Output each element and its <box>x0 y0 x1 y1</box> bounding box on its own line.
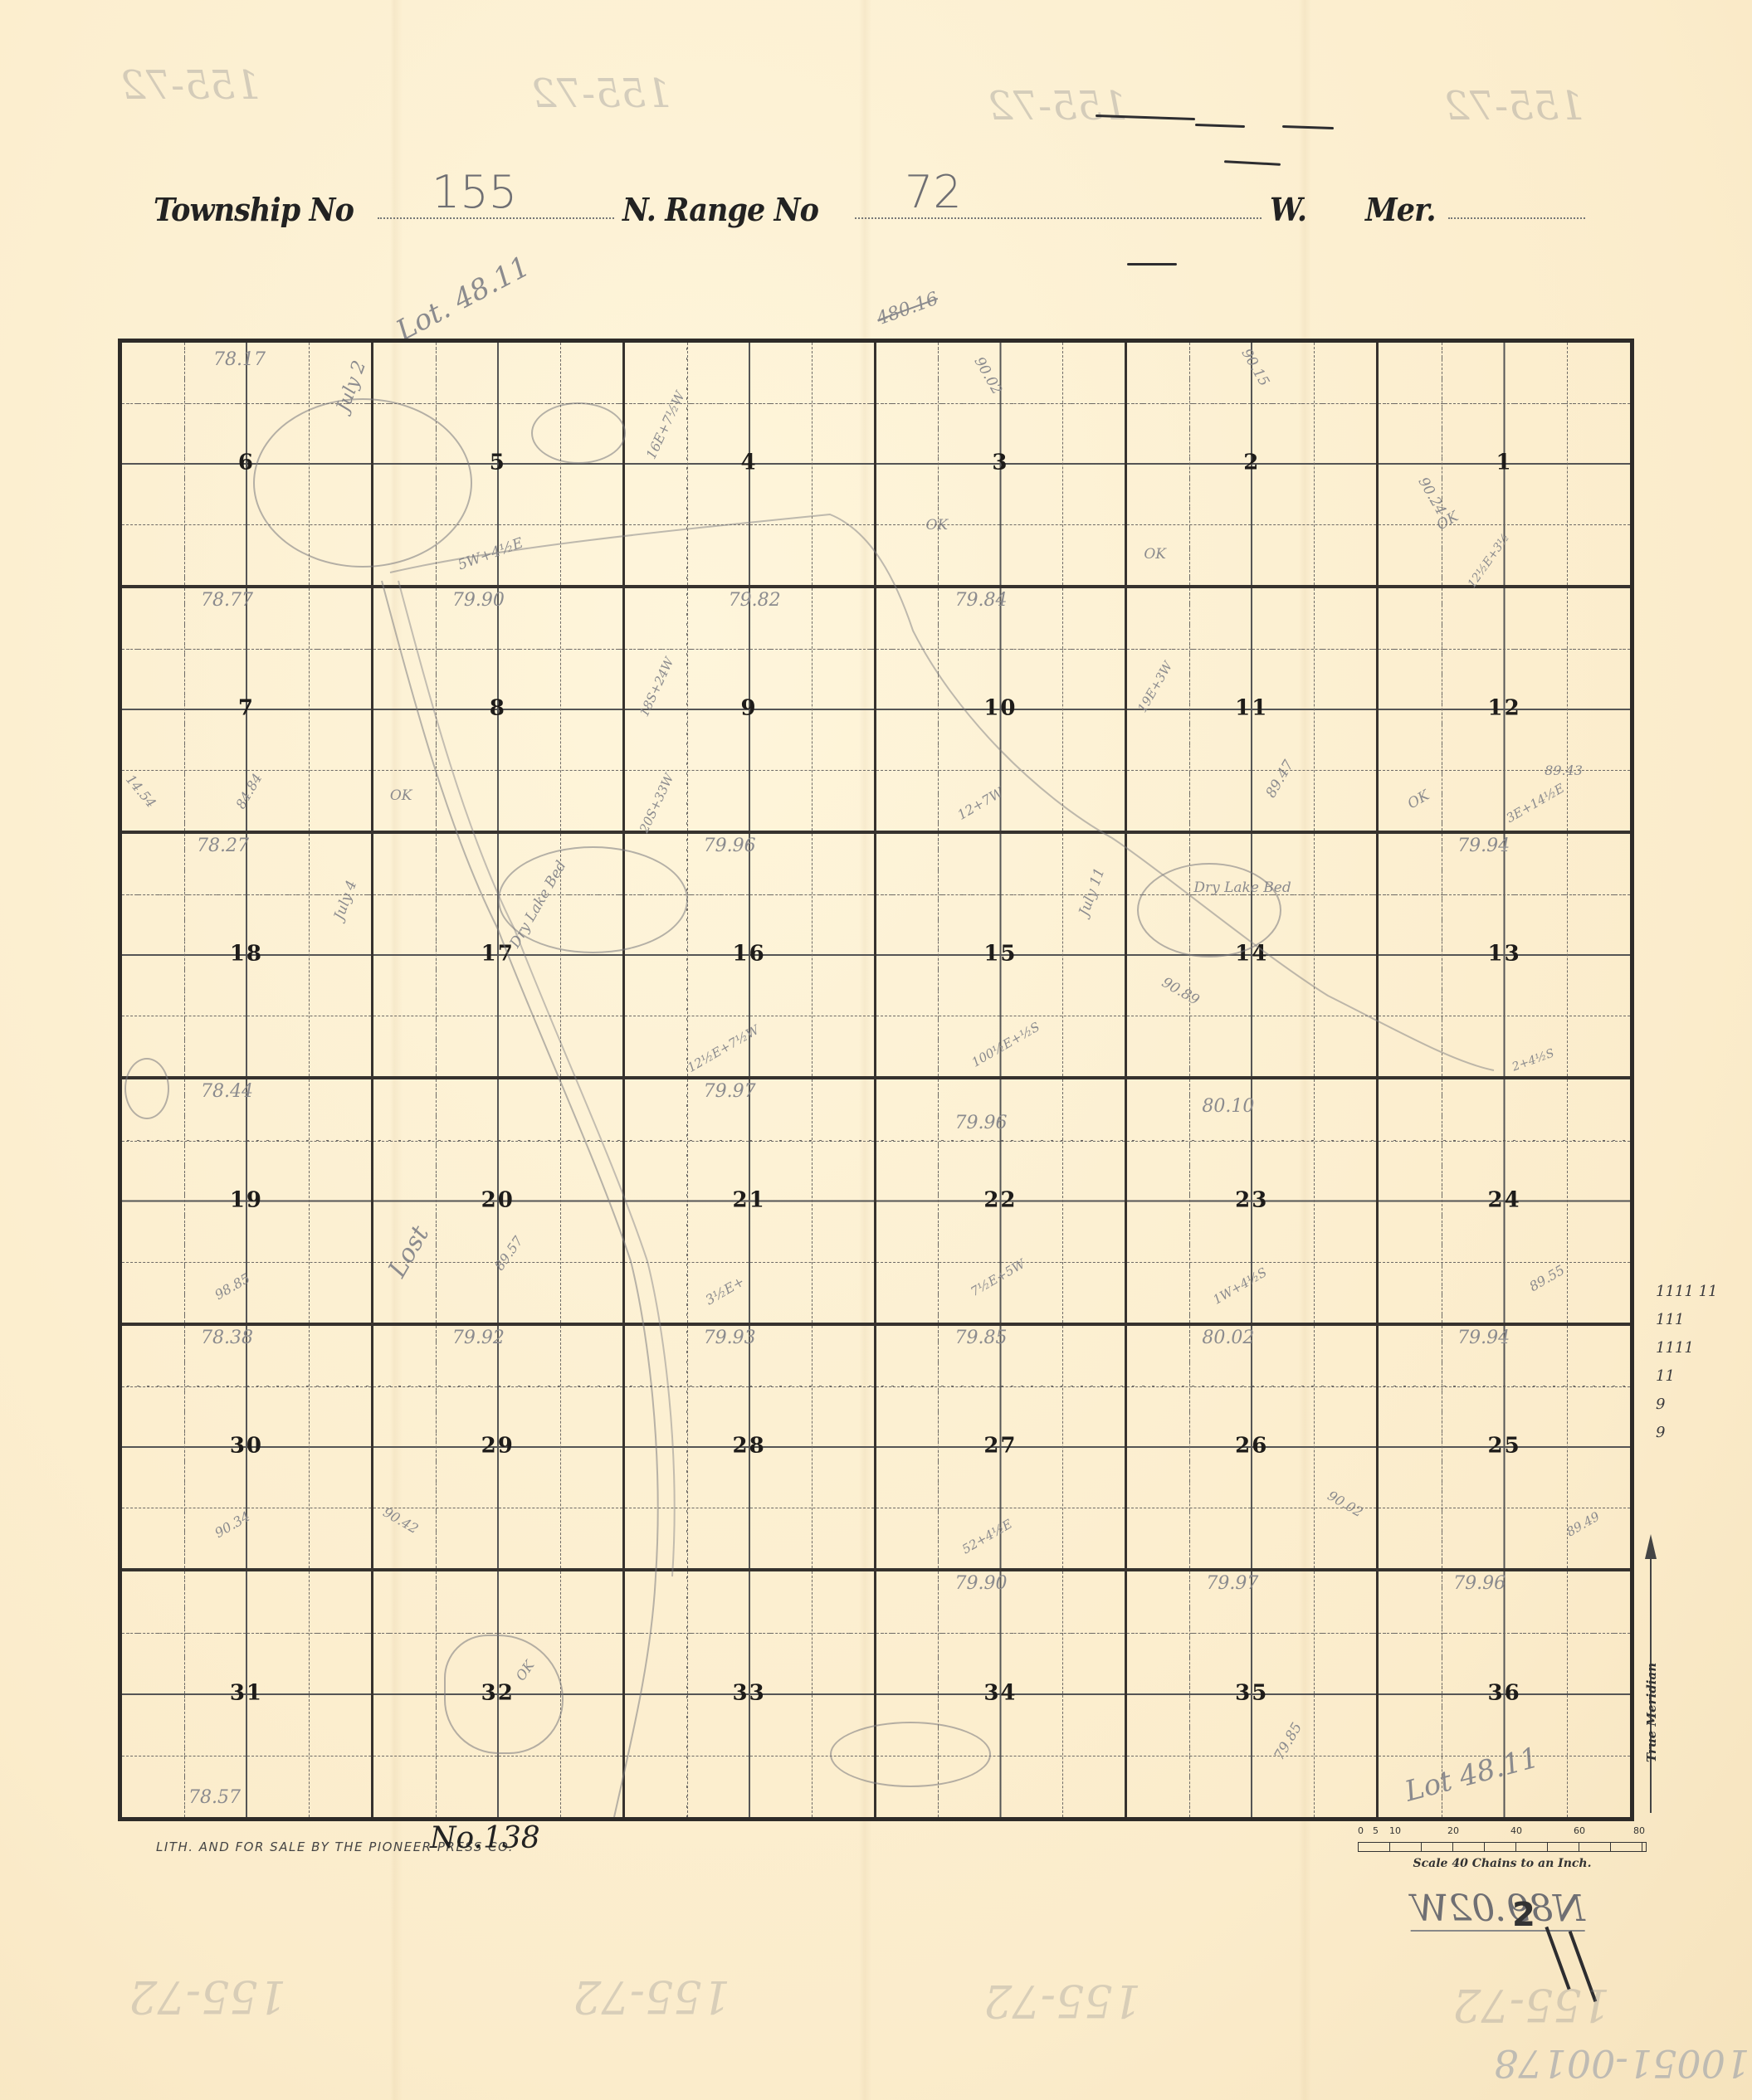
scale-caption: Scale 40 Chains to an Inch. <box>1358 1857 1647 1870</box>
true-meridian-arrow: True Meridian <box>1643 1539 1660 1813</box>
reversed-note: 155-72 <box>983 1975 1141 2027</box>
reversed-note: 155-72 <box>573 1971 730 2023</box>
river-course <box>0 0 1752 2100</box>
plate-number: No.138 <box>430 1821 540 1855</box>
catalog-number: 10051-00178 <box>1494 2041 1750 2086</box>
reversed-note: 155-72 <box>1452 1979 1610 2031</box>
true-meridian-label: True Meridian <box>1644 1663 1659 1762</box>
bearing-note: N89.02W <box>1411 1888 1585 1932</box>
reversed-note: 155-72 <box>129 1971 286 2023</box>
scale-bar: 0 5 10 20 40 60 80 Scale 40 Chains to an… <box>1358 1825 1647 1870</box>
scale-ruler <box>1358 1842 1647 1852</box>
ink-mark-number: 2 <box>1512 1896 1535 1934</box>
scale-ticks: 0 5 10 20 40 60 80 <box>1358 1825 1647 1842</box>
right-margin-tally: 1111 11 111 1111 11 9 9 <box>1656 1278 1717 1447</box>
